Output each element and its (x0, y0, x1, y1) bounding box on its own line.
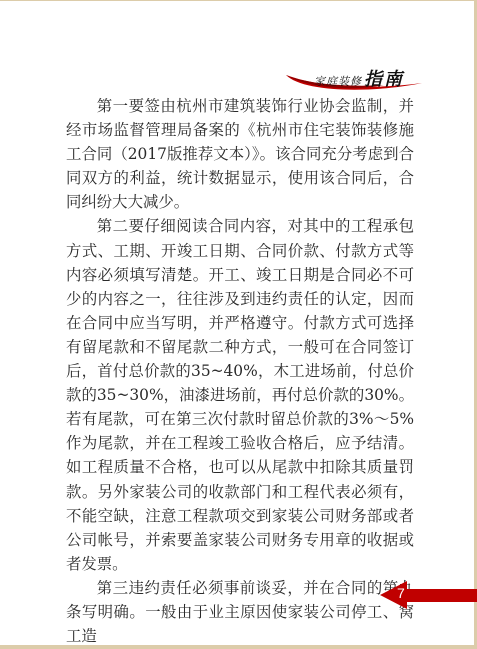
header-banner: 家庭装修指南 (284, 63, 424, 93)
banner-title-big: 指南 (364, 69, 404, 90)
left-arrow-icon (380, 580, 477, 610)
banner-title-small: 家庭装修 (314, 75, 362, 88)
page-number: 7 (397, 585, 405, 601)
page-frame: 家庭装修指南 第一要签由杭州市建筑装饰行业协会监制，并经市场监督管理局备案的《杭… (0, 0, 477, 649)
paragraph-1: 第一要签由杭州市建筑装饰行业协会监制，并经市场监督管理局备案的《杭州市住宅装饰装… (66, 94, 414, 214)
banner-title: 家庭装修指南 (314, 65, 404, 91)
paragraph-3: 第三违约责任必须事前谈妥，并在合同的第九条写明确。一般由于业主原因使家装公司停工… (66, 576, 414, 648)
paragraph-2: 第二要仔细阅读合同内容，对其中的工程承包方式、工期、开竣工日期、合同价款、付款方… (66, 214, 414, 575)
body-text: 第一要签由杭州市建筑装饰行业协会监制，并经市场监督管理局备案的《杭州市住宅装饰装… (66, 94, 414, 648)
document-page: 家庭装修指南 第一要签由杭州市建筑装饰行业协会监制，并经市场监督管理局备案的《杭… (0, 1, 474, 645)
page-number-badge: 7 (380, 580, 477, 610)
